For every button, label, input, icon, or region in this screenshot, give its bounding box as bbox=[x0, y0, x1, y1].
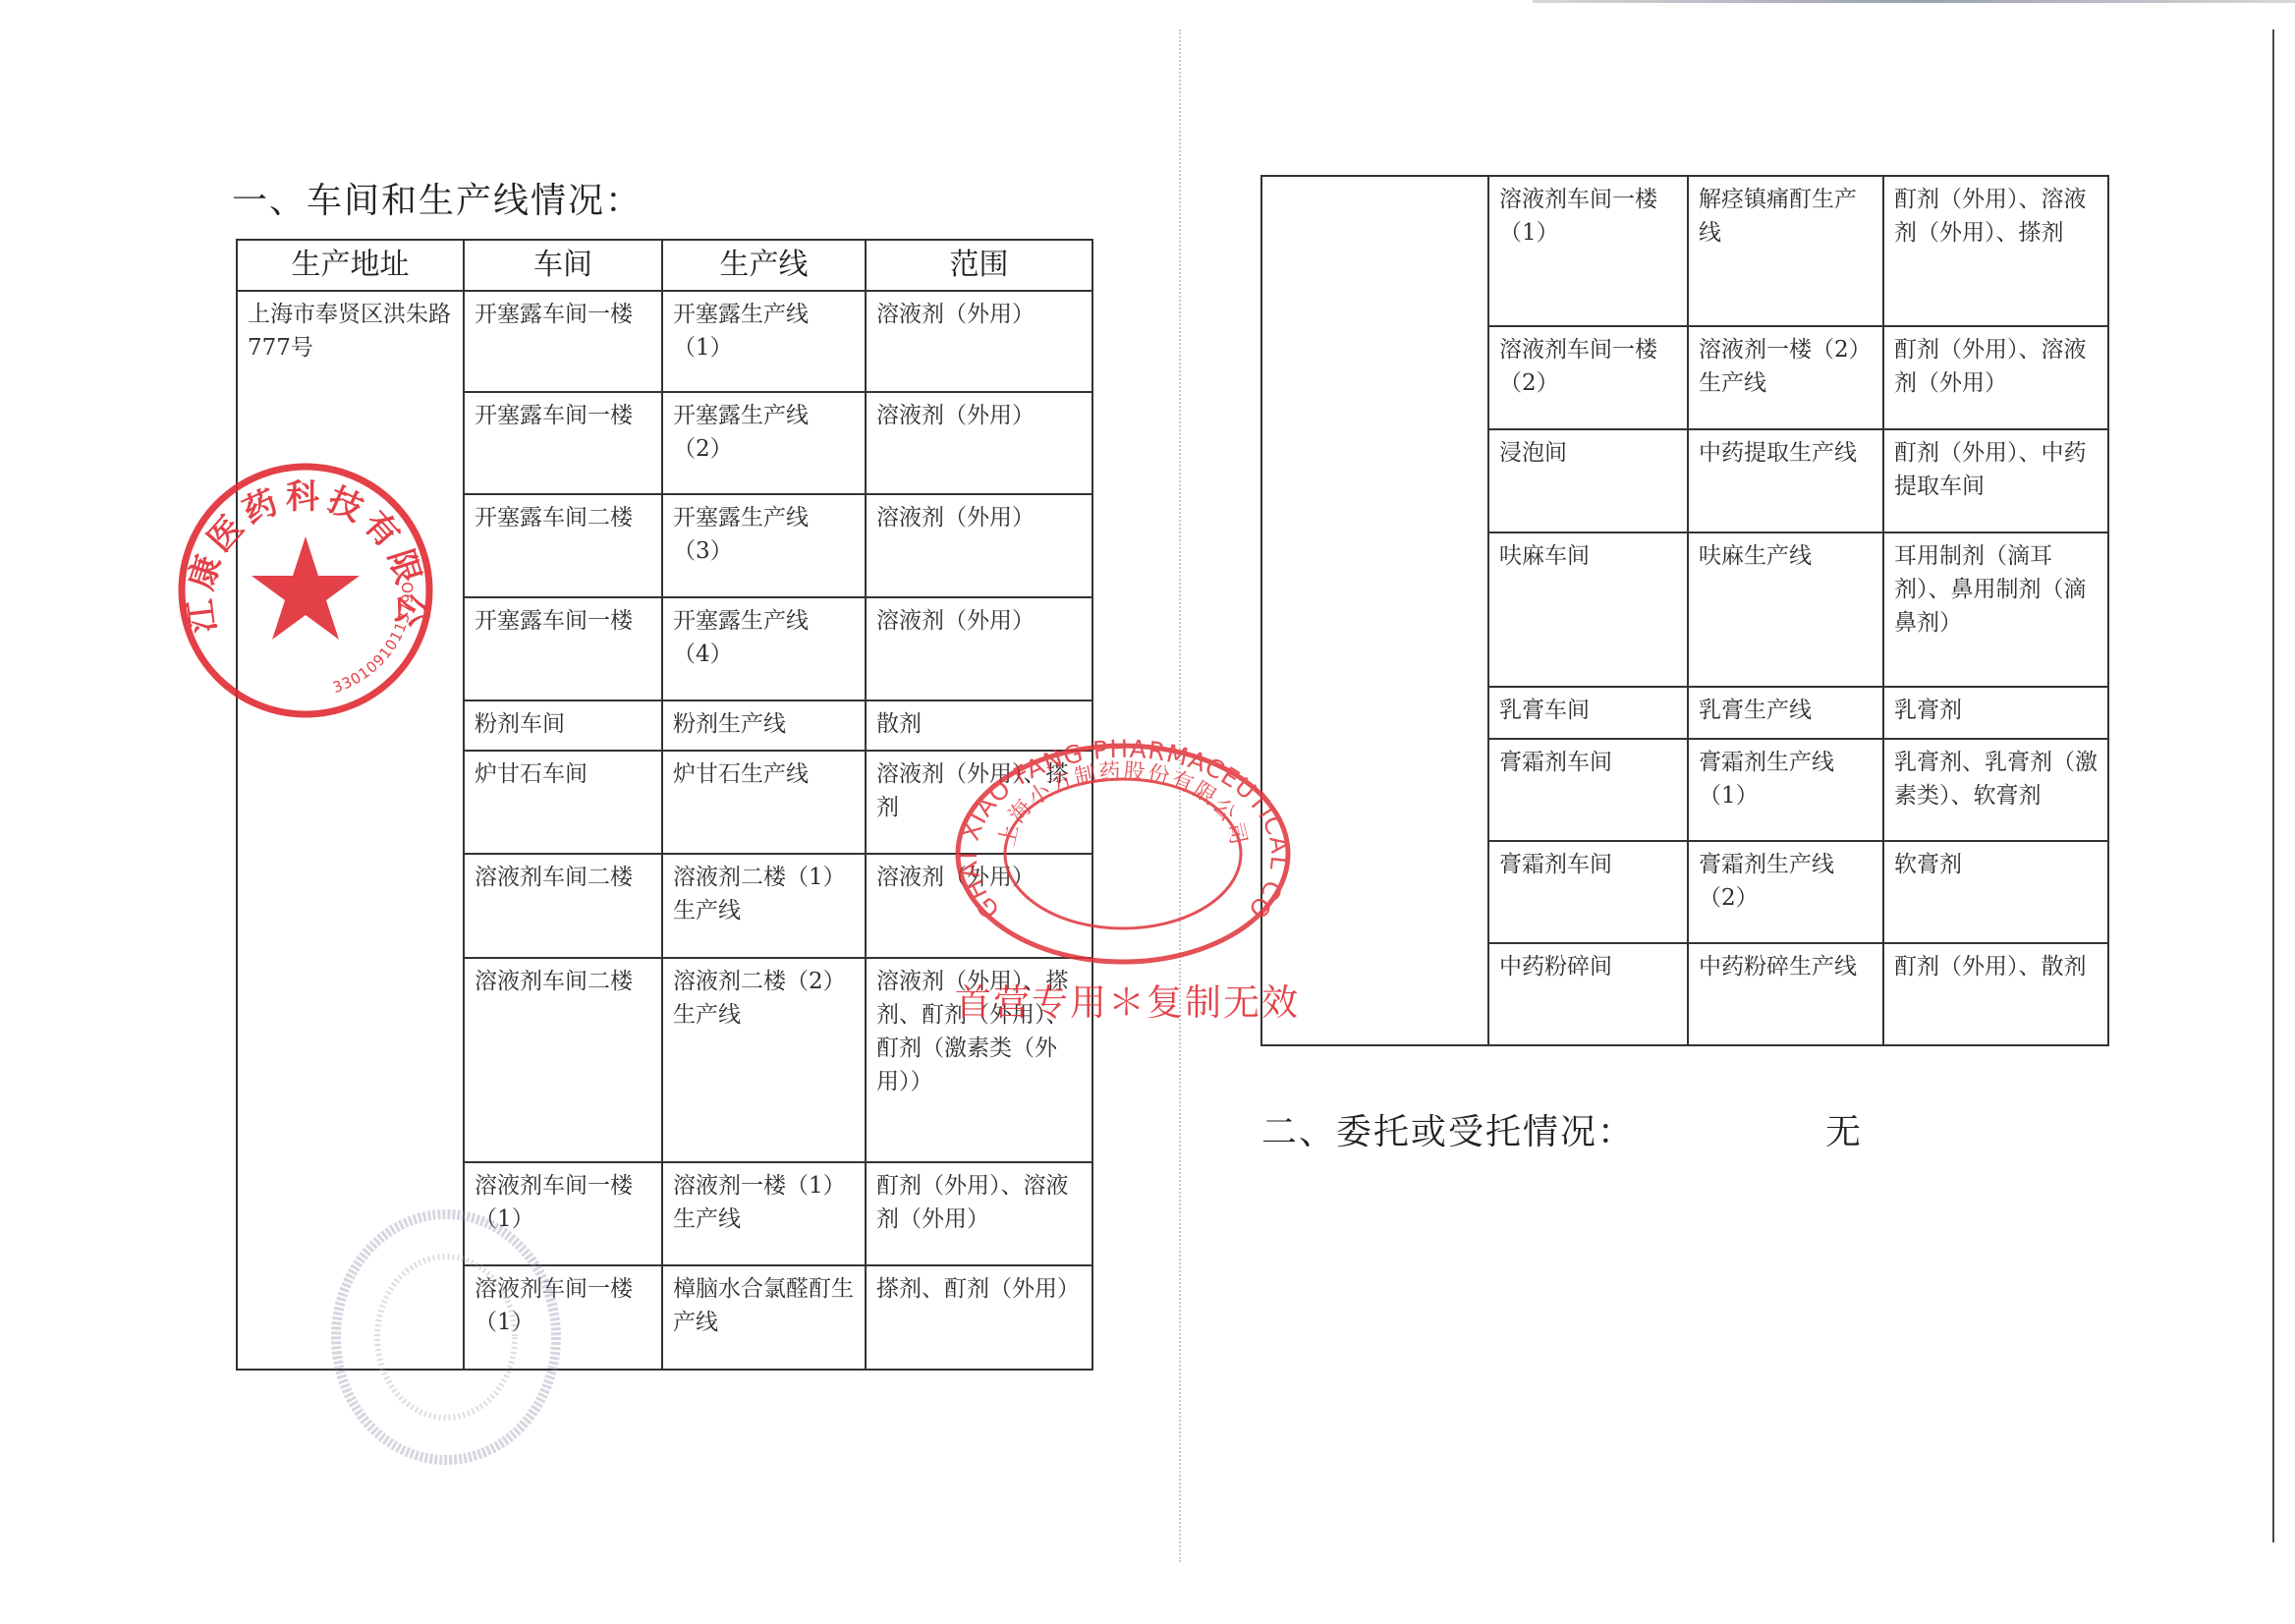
workshop-cell: 溶液剂车间一楼（2） bbox=[1488, 326, 1688, 429]
scope-cell: 溶液剂（外用） bbox=[866, 597, 1092, 700]
scope-cell: 搽剂、酊剂（外用） bbox=[866, 1265, 1092, 1370]
workshop-cell-text: 溶液剂车间一楼（1） bbox=[1489, 177, 1687, 250]
scope-cell: 乳膏剂 bbox=[1883, 687, 2108, 739]
scope-cell-text: 溶液剂（外用） bbox=[867, 393, 1092, 432]
line-cell-text: 中药粉碎生产线 bbox=[1689, 944, 1882, 983]
line-cell: 乳膏生产线 bbox=[1688, 687, 1883, 739]
workshop-cell: 开塞露车间二楼 bbox=[464, 494, 662, 597]
line-cell-text: 樟脑水合氯醛酊生产线 bbox=[663, 1266, 865, 1339]
scope-cell: 溶液剂（外用）、搽剂 bbox=[866, 751, 1092, 854]
scope-cell-text: 乳膏剂 bbox=[1884, 688, 2107, 727]
workshop-table-page-2: 溶液剂车间一楼（1）解痉镇痛酊生产线酊剂（外用）、溶液剂（外用）、搽剂溶液剂车间… bbox=[1260, 175, 2109, 1046]
scope-cell-text: 乳膏剂、乳膏剂（激素类）、软膏剂 bbox=[1884, 740, 2107, 812]
scope-cell-text: 散剂 bbox=[867, 701, 1092, 741]
scope-cell-text: 耳用制剂（滴耳剂）、鼻用制剂（滴鼻剂） bbox=[1884, 533, 2107, 640]
workshop-cell-text: 膏霜剂车间 bbox=[1489, 740, 1687, 779]
scope-cell: 酊剂（外用）、溶液剂（外用）、搽剂 bbox=[1883, 176, 2108, 326]
line-cell: 粉剂生产线 bbox=[662, 700, 866, 751]
scope-cell-text: 软膏剂 bbox=[1884, 842, 2107, 881]
scope-cell-text: 酊剂（外用）、溶液剂（外用） bbox=[867, 1163, 1092, 1236]
workshop-cell: 膏霜剂车间 bbox=[1488, 841, 1688, 943]
scope-cell: 溶液剂（外用） bbox=[866, 494, 1092, 597]
line-cell-text: 溶液剂二楼（2）生产线 bbox=[663, 959, 865, 1032]
line-cell-text: 中药提取生产线 bbox=[1689, 430, 1882, 470]
line-cell-text: 解痉镇痛酊生产线 bbox=[1689, 177, 1882, 250]
scope-cell: 酊剂（外用）、散剂 bbox=[1883, 943, 2108, 1045]
workshop-cell: 溶液剂车间一楼（1） bbox=[464, 1162, 662, 1265]
section-2-value: 无 bbox=[1825, 1104, 1863, 1154]
address-cell: 上海市奉贤区洪朱路777号 bbox=[237, 291, 464, 1370]
line-cell: 膏霜剂生产线（1） bbox=[1688, 739, 1883, 841]
scope-cell: 酊剂（外用）、溶液剂（外用） bbox=[1883, 326, 2108, 429]
section-2-title: 二、委托或受托情况： bbox=[1261, 1104, 1635, 1154]
workshop-cell: 开塞露车间一楼 bbox=[464, 597, 662, 700]
page-fold-line bbox=[1179, 29, 1181, 1562]
workshop-cell-text: 溶液剂车间二楼 bbox=[465, 855, 661, 894]
header-address: 生产地址 bbox=[237, 240, 464, 291]
workshop-cell: 浸泡间 bbox=[1488, 429, 1688, 532]
line-cell: 中药粉碎生产线 bbox=[1688, 943, 1883, 1045]
line-cell-text: 炉甘石生产线 bbox=[663, 752, 865, 791]
line-cell-text: 呋麻生产线 bbox=[1689, 533, 1882, 573]
line-cell: 溶液剂一楼（2）生产线 bbox=[1688, 326, 1883, 429]
workshop-cell-text: 溶液剂车间二楼 bbox=[465, 959, 661, 998]
header-line: 生产线 bbox=[662, 240, 866, 291]
workshop-cell: 溶液剂车间一楼（1） bbox=[1488, 176, 1688, 326]
line-cell: 开塞露生产线（1） bbox=[662, 291, 866, 392]
scope-cell-text: 溶液剂（外用） bbox=[867, 598, 1092, 638]
page-right-edge bbox=[2272, 29, 2274, 1542]
scope-cell: 酊剂（外用）、中药提取车间 bbox=[1883, 429, 2108, 532]
workshop-cell: 溶液剂车间二楼 bbox=[464, 958, 662, 1162]
workshop-cell: 乳膏车间 bbox=[1488, 687, 1688, 739]
workshop-cell-text: 开塞露车间一楼 bbox=[465, 598, 661, 638]
table-header-row: 生产地址 车间 生产线 范围 bbox=[237, 240, 1092, 291]
line-cell: 膏霜剂生产线（2） bbox=[1688, 841, 1883, 943]
workshop-cell-text: 粉剂车间 bbox=[465, 701, 661, 741]
scope-cell: 酊剂（外用）、溶液剂（外用） bbox=[866, 1162, 1092, 1265]
first-operation-watermark: 首营专用＊复制无效 bbox=[955, 973, 1300, 1026]
workshop-cell-text: 浸泡间 bbox=[1489, 430, 1687, 470]
header-workshop: 车间 bbox=[464, 240, 662, 291]
table-row: 溶液剂车间一楼（1）解痉镇痛酊生产线酊剂（外用）、溶液剂（外用）、搽剂 bbox=[1261, 176, 2108, 326]
line-cell: 解痉镇痛酊生产线 bbox=[1688, 176, 1883, 326]
workshop-table-page-1: 生产地址 车间 生产线 范围 上海市奉贤区洪朱路777号开塞露车间一楼开塞露生产… bbox=[236, 239, 1093, 1371]
line-cell-text: 粉剂生产线 bbox=[663, 701, 865, 741]
workshop-cell-text: 乳膏车间 bbox=[1489, 688, 1687, 727]
workshop-cell: 开塞露车间一楼 bbox=[464, 291, 662, 392]
workshop-cell: 膏霜剂车间 bbox=[1488, 739, 1688, 841]
scope-cell: 散剂 bbox=[866, 700, 1092, 751]
scope-cell-text: 溶液剂（外用） bbox=[867, 495, 1092, 534]
address-cell-text: 上海市奉贤区洪朱路777号 bbox=[238, 292, 463, 364]
scope-cell: 耳用制剂（滴耳剂）、鼻用制剂（滴鼻剂） bbox=[1883, 532, 2108, 687]
line-cell-text: 开塞露生产线（1） bbox=[663, 292, 865, 364]
line-cell: 开塞露生产线（3） bbox=[662, 494, 866, 597]
workshop-cell: 呋麻车间 bbox=[1488, 532, 1688, 687]
scope-cell: 溶液剂（外用） bbox=[866, 392, 1092, 494]
line-cell: 溶液剂二楼（1）生产线 bbox=[662, 854, 866, 958]
scope-cell-text: 溶液剂（外用） bbox=[867, 855, 1092, 894]
page-top-edge bbox=[1533, 0, 2295, 3]
workshop-cell: 溶液剂车间一楼（1） bbox=[464, 1265, 662, 1370]
workshop-cell-text: 呋麻车间 bbox=[1489, 533, 1687, 573]
header-scope: 范围 bbox=[866, 240, 1092, 291]
scope-cell-text: 酊剂（外用）、溶液剂（外用） bbox=[1884, 327, 2107, 400]
line-cell-text: 膏霜剂生产线（2） bbox=[1689, 842, 1882, 915]
section-1-title: 一、车间和生产线情况： bbox=[232, 173, 643, 223]
workshop-cell: 中药粉碎间 bbox=[1488, 943, 1688, 1045]
line-cell: 炉甘石生产线 bbox=[662, 751, 866, 854]
address-cell-continued bbox=[1261, 176, 1488, 1045]
scope-cell-text: 搽剂、酊剂（外用） bbox=[867, 1266, 1092, 1306]
line-cell: 溶液剂一楼（1）生产线 bbox=[662, 1162, 866, 1265]
workshop-cell-text: 溶液剂车间一楼（1） bbox=[465, 1163, 661, 1236]
line-cell-text: 开塞露生产线（4） bbox=[663, 598, 865, 671]
scope-cell: 溶液剂（外用） bbox=[866, 291, 1092, 392]
workshop-cell-text: 膏霜剂车间 bbox=[1489, 842, 1687, 881]
line-cell: 中药提取生产线 bbox=[1688, 429, 1883, 532]
scope-cell-text: 酊剂（外用）、散剂 bbox=[1884, 944, 2107, 983]
line-cell-text: 乳膏生产线 bbox=[1689, 688, 1882, 727]
line-cell: 呋麻生产线 bbox=[1688, 532, 1883, 687]
scope-cell: 溶液剂（外用） bbox=[866, 854, 1092, 958]
line-cell-text: 膏霜剂生产线（1） bbox=[1689, 740, 1882, 812]
workshop-cell-text: 溶液剂车间一楼（1） bbox=[465, 1266, 661, 1339]
workshop-cell-text: 开塞露车间二楼 bbox=[465, 495, 661, 534]
workshop-cell-text: 溶液剂车间一楼（2） bbox=[1489, 327, 1687, 400]
scope-cell-text: 溶液剂（外用） bbox=[867, 292, 1092, 331]
scope-cell-text: 酊剂（外用）、中药提取车间 bbox=[1884, 430, 2107, 503]
workshop-cell: 炉甘石车间 bbox=[464, 751, 662, 854]
workshop-cell: 开塞露车间一楼 bbox=[464, 392, 662, 494]
line-cell: 开塞露生产线（4） bbox=[662, 597, 866, 700]
workshop-cell-text: 开塞露车间一楼 bbox=[465, 292, 661, 331]
line-cell: 开塞露生产线（2） bbox=[662, 392, 866, 494]
workshop-cell: 粉剂车间 bbox=[464, 700, 662, 751]
line-cell: 溶液剂二楼（2）生产线 bbox=[662, 958, 866, 1162]
scope-cell-text: 溶液剂（外用）、搽剂 bbox=[867, 752, 1092, 824]
workshop-cell-text: 炉甘石车间 bbox=[465, 752, 661, 791]
scope-cell: 乳膏剂、乳膏剂（激素类）、软膏剂 bbox=[1883, 739, 2108, 841]
line-cell-text: 开塞露生产线（3） bbox=[663, 495, 865, 568]
workshop-cell-text: 开塞露车间一楼 bbox=[465, 393, 661, 432]
line-cell: 樟脑水合氯醛酊生产线 bbox=[662, 1265, 866, 1370]
workshop-cell: 溶液剂车间二楼 bbox=[464, 854, 662, 958]
scope-cell: 软膏剂 bbox=[1883, 841, 2108, 943]
line-cell-text: 溶液剂一楼（1）生产线 bbox=[663, 1163, 865, 1236]
line-cell-text: 溶液剂二楼（1）生产线 bbox=[663, 855, 865, 927]
table-row: 上海市奉贤区洪朱路777号开塞露车间一楼开塞露生产线（1）溶液剂（外用） bbox=[237, 291, 1092, 392]
scope-cell-text: 酊剂（外用）、溶液剂（外用）、搽剂 bbox=[1884, 177, 2107, 250]
line-cell-text: 溶液剂一楼（2）生产线 bbox=[1689, 327, 1882, 400]
line-cell-text: 开塞露生产线（2） bbox=[663, 393, 865, 466]
workshop-cell-text: 中药粉碎间 bbox=[1489, 944, 1687, 983]
